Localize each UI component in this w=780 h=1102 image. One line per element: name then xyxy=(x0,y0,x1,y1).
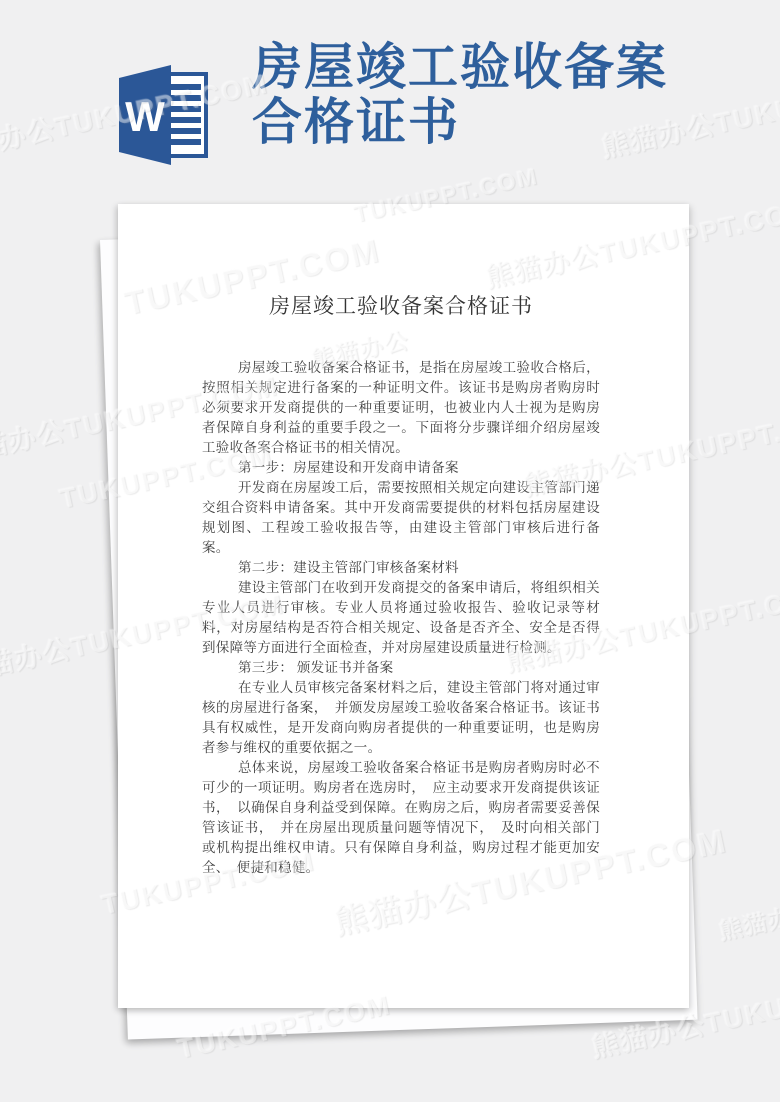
page-title-line2: 合格证书 xyxy=(252,95,668,150)
word-icon: W xyxy=(118,62,212,168)
document-page: 房屋竣工验收备案合格证书 房屋竣工验收备案合格证书，是指在房屋竣工验收合格后，按… xyxy=(118,204,689,1008)
page-title: 房屋竣工验收备案 合格证书 xyxy=(252,40,668,150)
paragraph-intro: 房屋竣工验收备案合格证书，是指在房屋竣工验收合格后，按照相关规定进行备案的一种证… xyxy=(202,358,600,458)
document-title: 房屋竣工验收备案合格证书 xyxy=(202,290,600,320)
page-background: 熊猫办公TUKUPPT.COM 熊猫办公TUKUPPT.COM TUKUPPT.… xyxy=(0,0,780,1102)
document-content: 房屋竣工验收备案合格证书 房屋竣工验收备案合格证书，是指在房屋竣工验收合格后，按… xyxy=(118,204,689,878)
watermark: 熊猫办公TUKUPPT.COM xyxy=(716,854,780,946)
paragraph-step1-body: 开发商在房屋竣工后，需要按照相关规定向建设主管部门递交组合资料申请备案。其中开发… xyxy=(202,478,600,558)
page-title-line1: 房屋竣工验收备案 xyxy=(252,40,668,95)
word-icon-letter: W xyxy=(125,93,165,140)
paragraph-step3-heading: 第三步： 颁发证书并备案 xyxy=(202,658,600,678)
paragraph-step2-body: 建设主管部门在收到开发商提交的备案申请后，将组织相关专业人员进行审核。专业人员将… xyxy=(202,578,600,658)
paragraph-step1-heading: 第一步：房屋建设和开发商申请备案 xyxy=(202,458,600,478)
paragraph-step2-heading: 第二步：建设主管部门审核备案材料 xyxy=(202,558,600,578)
paragraph-step3-body: 在专业人员审核完备案材料之后，建设主管部门将对通过审核的房屋进行备案， 并颁发房… xyxy=(202,678,600,758)
header: W 房屋竣工验收备案 合格证书 xyxy=(0,0,780,200)
paragraph-summary: 总体来说，房屋竣工验收备案合格证书是购房者购房时必不可少的一项证明。购房者在选房… xyxy=(202,758,600,878)
